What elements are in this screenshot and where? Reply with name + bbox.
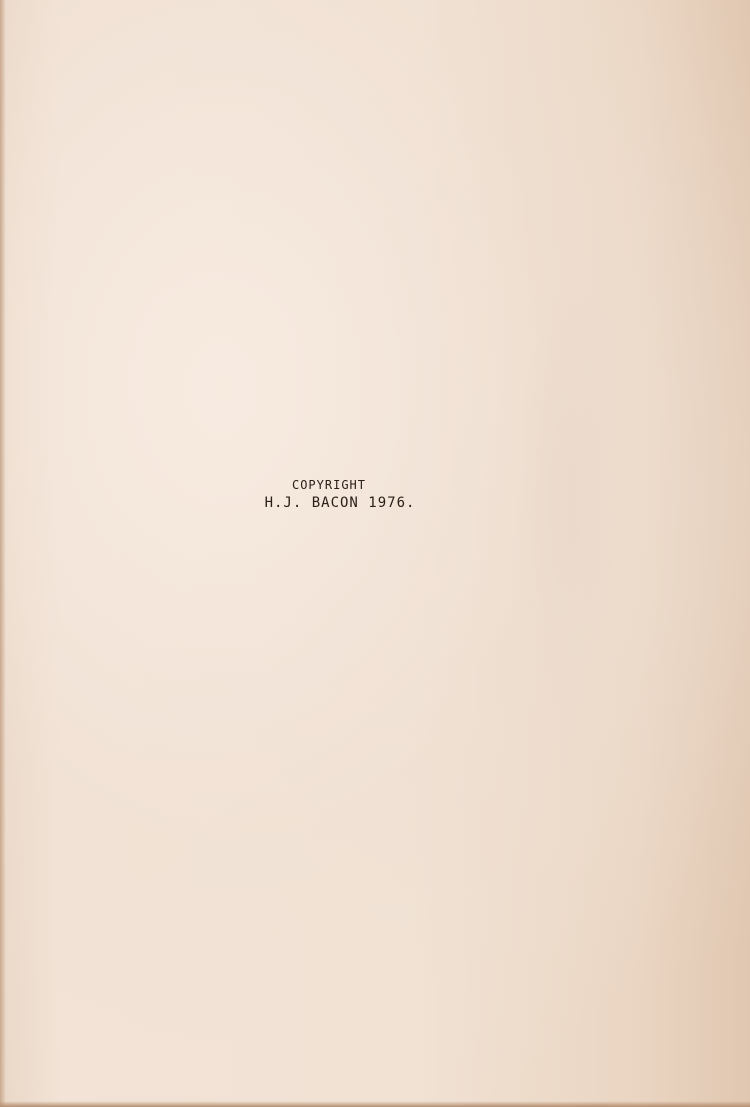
copyright-holder-year: H.J. BACON 1976. [240, 495, 440, 511]
copyright-label: COPYRIGHT [218, 478, 440, 492]
copyright-notice: COPYRIGHT H.J. BACON 1976. [240, 478, 440, 511]
paper-page: COPYRIGHT H.J. BACON 1976. [0, 0, 750, 1107]
water-stain [515, 280, 625, 720]
